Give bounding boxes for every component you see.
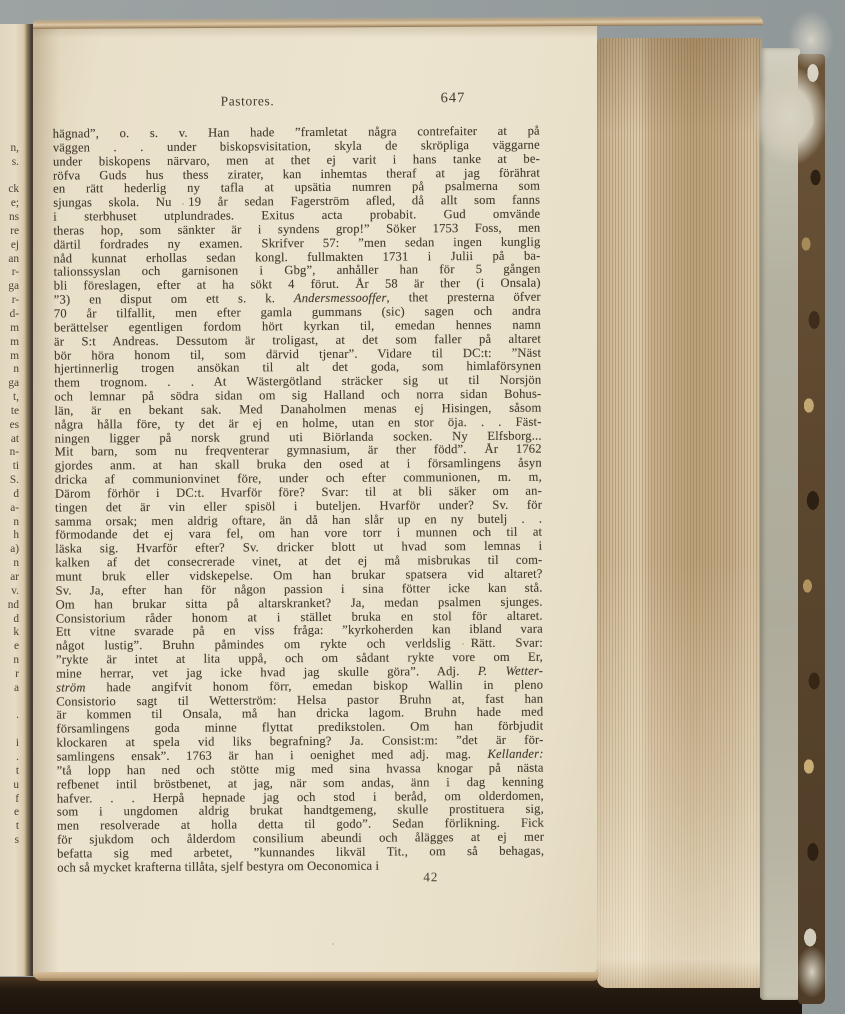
book-page: Pastores. 647 hägnad”, o. s. v. Han hade…	[33, 24, 597, 978]
fragment-line: m	[0, 322, 19, 336]
worn-cover-corner-bottom	[796, 946, 828, 998]
fragment-line: r-	[0, 294, 19, 308]
facing-page-text-fragments: n,s. cke;nsreejanr-gar-d-mmmngat,teesatn…	[0, 128, 19, 848]
fragment-line: ti	[0, 460, 19, 474]
fragment-line	[0, 696, 19, 710]
fragment-line: .	[0, 709, 19, 723]
fragment-line: n	[0, 363, 19, 377]
fragment-line: at	[0, 433, 19, 447]
fragment-line: ga	[0, 377, 19, 391]
fragment-line: n,	[0, 142, 19, 156]
fragment-line: d-	[0, 308, 19, 322]
endpaper-board-strip	[760, 48, 800, 1000]
fragment-line: te	[0, 405, 19, 419]
fragment-line: d	[0, 488, 19, 502]
fragment-line: a-	[0, 502, 19, 516]
fragment-line: r-	[0, 266, 19, 280]
marbled-cover-edge	[798, 54, 825, 1004]
fragment-line: f	[0, 793, 19, 807]
text-line: befatta sig med arbetet, ”kunnandes likv…	[57, 844, 544, 861]
page-number: 647	[440, 90, 465, 107]
fragment-line: r	[0, 668, 19, 682]
fragment-line: d	[0, 613, 19, 627]
body-text: hägnad”, o. s. v. Han hade ”framletat nå…	[53, 125, 545, 876]
fragment-line: i	[0, 737, 19, 751]
fragment-line: h	[0, 529, 19, 543]
fragment-line: n	[0, 516, 19, 530]
fragment-line	[0, 128, 19, 142]
fragment-line: ck	[0, 183, 19, 197]
scanned-book-photo: { "page": { "running_head": "Pastores.",…	[0, 0, 845, 1014]
fragment-line: e	[0, 806, 19, 820]
fragment-line: m	[0, 350, 19, 364]
fragment-line: t,	[0, 391, 19, 405]
fragment-line: .	[0, 751, 19, 765]
fragment-line: re	[0, 225, 19, 239]
fore-edge-page-stack	[597, 38, 762, 988]
page-bottom-edge	[33, 972, 599, 981]
facing-page-edge: n,s. cke;nsreejanr-gar-d-mmmngat,teesatn…	[0, 24, 27, 976]
worn-cover-corner-topmost	[788, 10, 834, 70]
fragment-line: e	[0, 640, 19, 654]
fragment-line: nd	[0, 599, 19, 613]
fragment-line: ar	[0, 571, 19, 585]
fragment-line: s	[0, 834, 19, 848]
fragment-line: k	[0, 626, 19, 640]
fragment-line: u	[0, 779, 19, 793]
fragment-line: ns	[0, 211, 19, 225]
fragment-line: S.	[0, 474, 19, 488]
fragment-line: ej	[0, 239, 19, 253]
fragment-line	[0, 723, 19, 737]
fragment-line: n	[0, 557, 19, 571]
fragment-line: n	[0, 654, 19, 668]
fragment-line: s.	[0, 156, 19, 170]
fragment-line: es	[0, 419, 19, 433]
worn-cover-corner-top	[752, 66, 828, 166]
fragment-line: a)	[0, 543, 19, 557]
running-head: Pastores.	[221, 93, 275, 109]
text-line: och så mycket krafterna tillåta, sjelf b…	[57, 858, 544, 875]
fragment-line: t	[0, 820, 19, 834]
fragment-line: an	[0, 253, 19, 267]
fragment-line: v.	[0, 585, 19, 599]
fragment-line: a	[0, 682, 19, 696]
fragment-line: t	[0, 765, 19, 779]
fragment-line: e;	[0, 197, 19, 211]
fragment-line: n-	[0, 446, 19, 460]
fragment-line: ga	[0, 280, 19, 294]
page-content: Pastores. 647 hägnad”, o. s. v. Han hade…	[30, 22, 600, 979]
signature-number: 42	[423, 869, 438, 885]
fragment-line: m	[0, 336, 19, 350]
page-block-top-edge	[33, 15, 763, 29]
fragment-line	[0, 170, 19, 184]
